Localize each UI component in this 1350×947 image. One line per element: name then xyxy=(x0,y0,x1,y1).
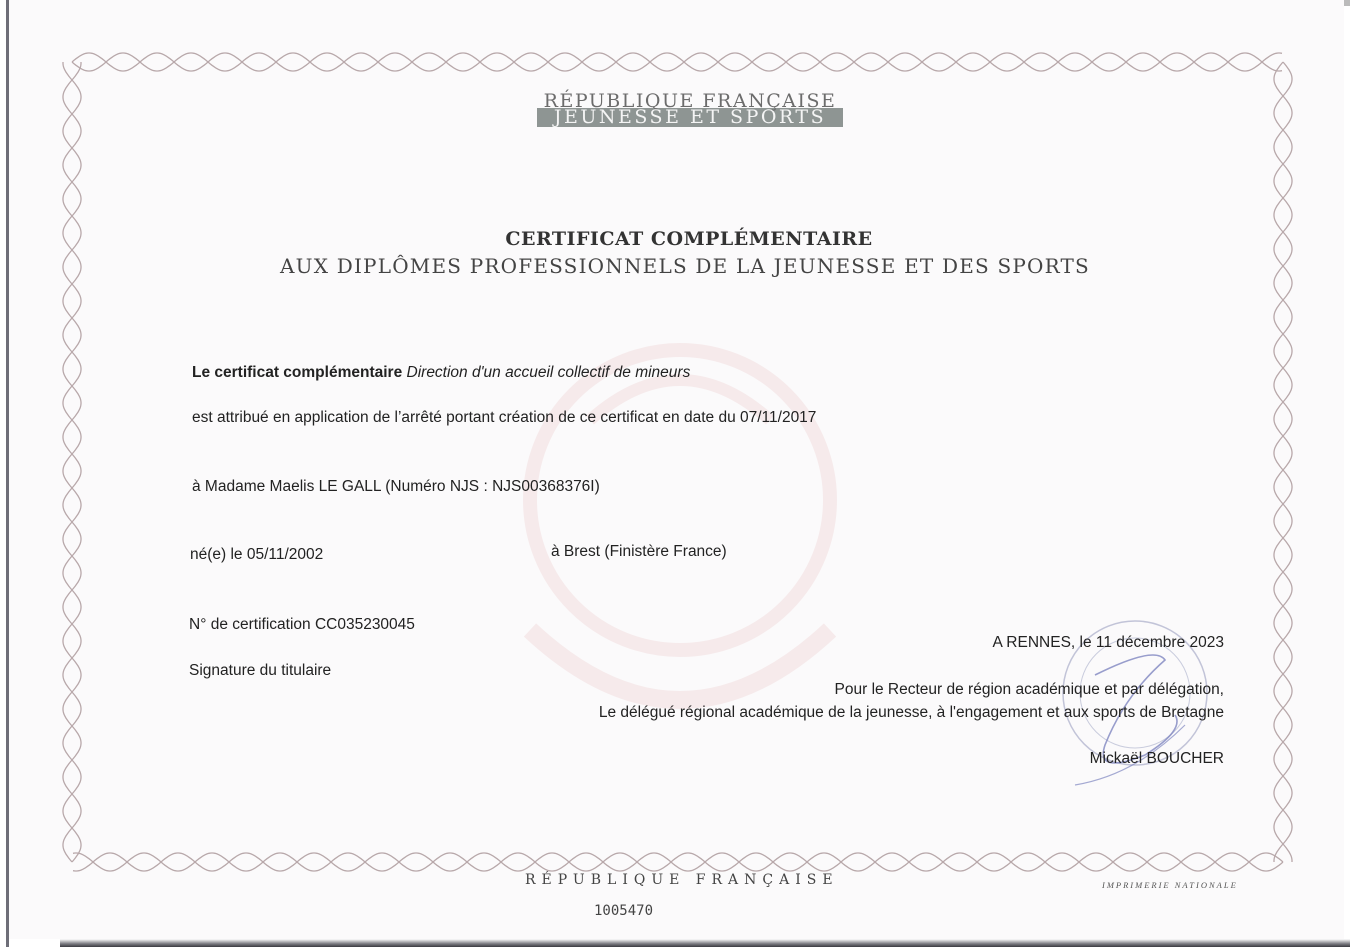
place-date: A RENNES, le 11 décembre 2023 xyxy=(993,634,1224,652)
certificate-name: Direction d'un accueil collectif de mine… xyxy=(407,364,691,381)
attribution-line: est attribué en application de l’arrêté … xyxy=(192,409,816,427)
birth-date-line: né(e) le 05/11/2002 xyxy=(190,546,323,564)
footer-republic: RÉPUBLIQUE FRANÇAISE xyxy=(525,872,839,888)
certification-number-line: N° de certification CC035230045 xyxy=(189,616,415,634)
signatory-title: Le délégué régional académique de la jeu… xyxy=(599,704,1224,722)
on-behalf-line: Pour le Recteur de région académique et … xyxy=(835,681,1224,699)
ministry-logo: RÉPUBLIQUE FRANÇAISE JEUNESSE ET SPORTS xyxy=(537,92,843,127)
birth-place-line: à Brest (Finistère France) xyxy=(551,543,727,561)
signatory-name: Mickaël BOUCHER xyxy=(1090,750,1224,768)
certificate-line: Le certificat complémentaire Direction d… xyxy=(192,364,690,382)
scan-edge-bottom xyxy=(60,939,1350,947)
printer-mark: IMPRIMERIE NATIONALE xyxy=(1102,880,1238,890)
certificate-subtitle: AUX DIPLÔMES PROFESSIONNELS DE LA JEUNES… xyxy=(0,254,1350,278)
logo-ministry-band: JEUNESSE ET SPORTS xyxy=(537,108,843,127)
certificate-label: Le certificat complémentaire xyxy=(192,364,402,381)
recipient-line: à Madame Maelis LE GALL (Numéro NJS : NJ… xyxy=(192,478,600,496)
holder-signature-label: Signature du titulaire xyxy=(189,662,331,680)
serial-number: 1005470 xyxy=(594,903,653,919)
certificate-title: CERTIFICAT COMPLÉMENTAIRE xyxy=(0,228,1350,250)
